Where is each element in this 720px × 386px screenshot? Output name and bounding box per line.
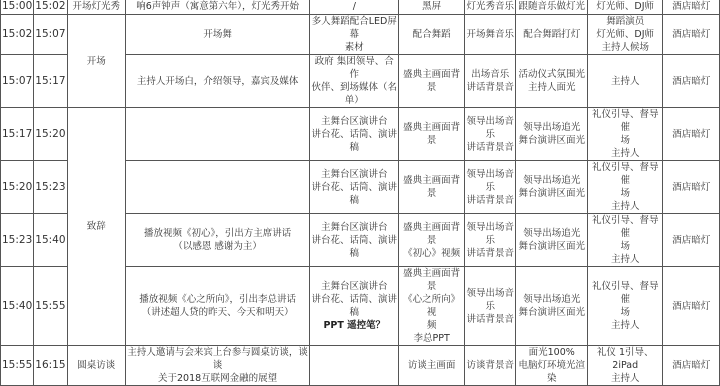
end-time: 15:20: [34, 108, 67, 161]
screen: 盛典主画面背景: [399, 161, 465, 214]
end-time: 15:07: [34, 15, 67, 55]
content: 主持人开场白，介绍领导，嘉宾及媒体: [126, 55, 310, 108]
audio: 领导出场音 乐 讲话背景音: [464, 214, 516, 267]
end-time: 15:17: [34, 55, 67, 108]
segment: 致辞: [67, 108, 125, 302]
personnel: 礼仪引导、督导催 场 主持人: [587, 214, 662, 267]
lighting: 活动仪式氛围光 主持人面光: [516, 55, 588, 108]
end-time: 15:23: [34, 161, 67, 214]
lighting: 领导出场追光 舞台演讲区面光: [516, 214, 588, 267]
start-time: 15:02: [1, 15, 34, 55]
lighting: 配合舞蹈打灯: [516, 15, 588, 55]
audio: 灯光秀音乐: [464, 0, 516, 15]
personnel: 礼仪引导、督导催 场 主持人: [587, 108, 662, 161]
venue: 酒店暗灯: [663, 267, 720, 302]
venue: 酒店暗灯: [663, 15, 720, 55]
segment: 开场: [67, 15, 125, 108]
start-time: 15:20: [1, 161, 34, 214]
props: 主舞台区演讲台 讲台花、话筒、演讲稿: [310, 161, 399, 214]
end-time: 15:55: [34, 267, 67, 302]
lighting: 领导出场追光 舞台演讲区面光: [516, 267, 588, 302]
props: 主舞台区演讲台 讲台花、话筒、演讲稿: [310, 214, 399, 267]
start-time: 15:17: [1, 108, 34, 161]
screen: 盛典主画面背景: [399, 55, 465, 108]
table-row: 15:17 15:20 致辞 主舞台区演讲台 讲台花、话筒、演讲稿 盛典主画面背…: [1, 108, 720, 161]
table-row: 15:00 15:02 开场灯光秀 响6声钟声（寓意第六年），灯光秀开始 / 黑…: [1, 0, 720, 15]
lighting: 领导出场追光 舞台演讲区面光: [516, 108, 588, 161]
personnel: 礼仪引导、督导催 场 主持人: [587, 161, 662, 214]
props: 主舞台区演讲台 讲台花、话筒、演讲稿: [310, 108, 399, 161]
content: 响6声钟声（寓意第六年），灯光秀开始: [126, 0, 310, 15]
start-time: 15:40: [1, 267, 34, 302]
table-row: 15:02 15:07 开场 开场舞 多人舞蹈配合LED屏幕 素材 配合舞蹈 开…: [1, 15, 720, 55]
personnel: 主持人: [587, 55, 662, 108]
content: 开场舞: [126, 15, 310, 55]
end-time: 15:40: [34, 214, 67, 267]
content: [126, 108, 310, 161]
start-time: 15:07: [1, 55, 34, 108]
audio: 领导出场音 乐 讲话背景音: [464, 161, 516, 214]
props: /: [310, 0, 399, 15]
end-time: 15:02: [34, 0, 67, 15]
lighting: 领导出场追光 舞台演讲区面光: [516, 161, 588, 214]
venue: 酒店暗灯: [663, 161, 720, 214]
audio: 开场舞音乐: [464, 15, 516, 55]
screen: 配合舞蹈: [399, 15, 465, 55]
content: 播放视频《初心》，引出方主席讲话 （以感恩 感谢为主）: [126, 214, 310, 267]
lighting: 跟随音乐做灯光: [516, 0, 588, 15]
personnel: 灯光师、DJ师: [587, 0, 662, 15]
start-time: 15:23: [1, 214, 34, 267]
segment: 开场灯光秀: [67, 0, 125, 15]
props: 多人舞蹈配合LED屏幕 素材: [310, 15, 399, 55]
personnel: 礼仪引导、督导催 场 主持人: [587, 267, 662, 302]
props: 主舞台区演讲台 讲台花、话筒、演讲稿PPT 遥控笔？: [310, 267, 399, 302]
audio: 出场音乐 讲话背景音: [464, 55, 516, 108]
content: 播放视频《心之所向》，引出李总讲话 （讲述超人贷的昨天、今天和明天）: [126, 267, 310, 302]
audio: 领导出场音 乐 讲话背景音: [464, 108, 516, 161]
audio: 领导出场音 乐 讲话背景音: [464, 267, 516, 302]
venue: 酒店暗灯: [663, 214, 720, 267]
screen: 盛典主画面背景: [399, 108, 465, 161]
rundown-table: 15:00 15:02 开场灯光秀 响6声钟声（寓意第六年），灯光秀开始 / 黑…: [0, 0, 720, 301]
start-time: 15:00: [1, 0, 34, 15]
venue: 酒店暗灯: [663, 108, 720, 161]
venue: 酒店暗灯: [663, 0, 720, 15]
screen: 黑屏: [399, 0, 465, 15]
props: 政府 集团领导、合作 伙伴、到场媒体（名 单）: [310, 55, 399, 108]
venue: 酒店暗灯: [663, 55, 720, 108]
screen: 盛典主画面背景 《初心》视频: [399, 214, 465, 267]
personnel: 舞蹈演员 灯光师、DJ师 主持人候场: [587, 15, 662, 55]
props-text: 主舞台区演讲台 讲台花、话筒、演讲稿: [312, 281, 398, 301]
content: [126, 161, 310, 214]
screen: 盛典主画面背景 《心之所向》视 频 李总PPT: [399, 267, 465, 302]
